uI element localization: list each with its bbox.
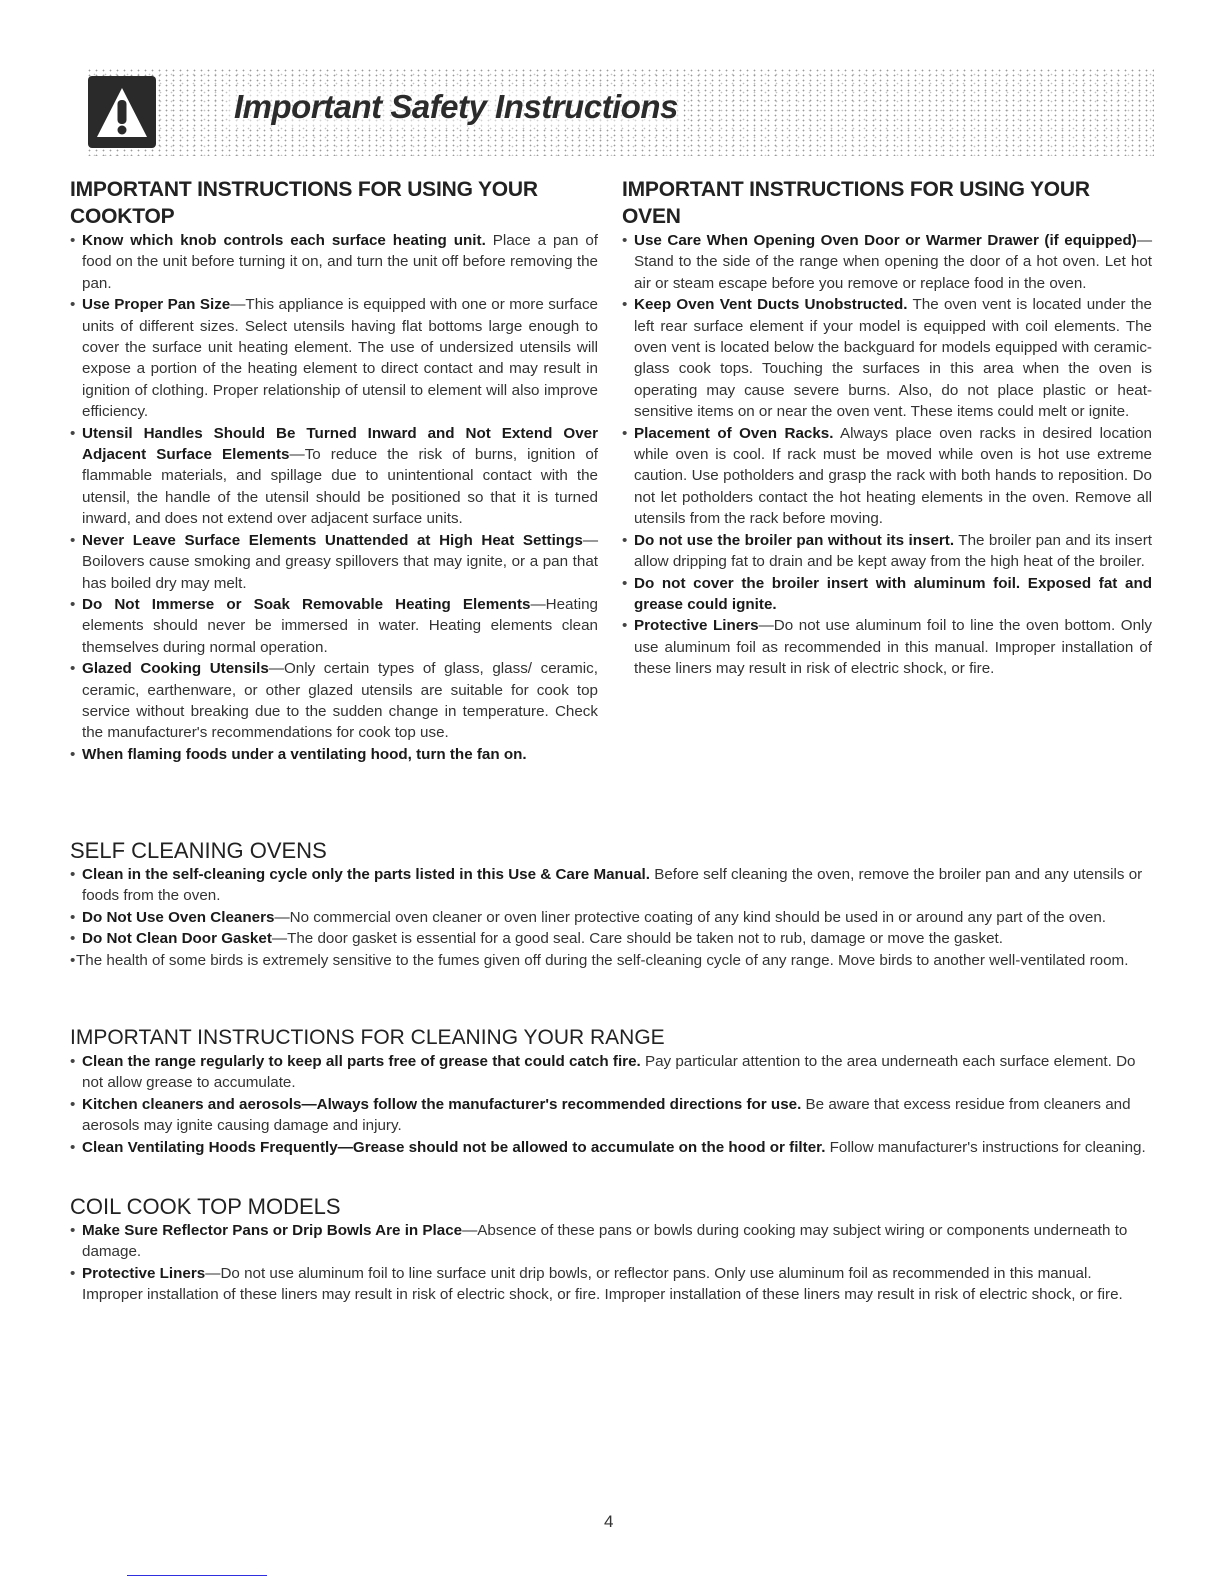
item-text: The health of some birds is extremely se… [76, 952, 1128, 969]
item-title: Do Not Clean Door Gasket [82, 930, 272, 947]
self-cleaning-section: SELF CLEANING OVENS Clean in the self-cl… [70, 838, 1152, 971]
footer-link-underline [127, 1575, 267, 1576]
oven-list: Use Care When Opening Oven Door or Warme… [622, 230, 1152, 680]
item-title: Never Leave Surface Elements Unattended … [82, 532, 583, 549]
item-title: Know which knob controls each surface he… [82, 232, 486, 249]
item-title: Do Not Use Oven Cleaners [82, 909, 274, 926]
list-item: Placement of Oven Racks. Always place ov… [622, 423, 1152, 530]
item-text: —Do not use aluminum foil to line surfac… [82, 1265, 1123, 1303]
list-item: Do not use the broiler pan without its i… [622, 530, 1152, 573]
cooktop-section: IMPORTANT INSTRUCTIONS FOR USING YOUR CO… [70, 176, 598, 765]
list-item: Keep Oven Vent Ducts Unobstructed. The o… [622, 294, 1152, 422]
list-item: Glazed Cooking Utensils—Only certain typ… [70, 658, 598, 744]
item-title: Use Care When Opening Oven Door or Warme… [634, 232, 1137, 249]
cleaning-range-section: IMPORTANT INSTRUCTIONS FOR CLEANING YOUR… [70, 1025, 1152, 1158]
list-item: Use Care When Opening Oven Door or Warme… [622, 230, 1152, 294]
page-number: 4 [604, 1512, 613, 1532]
coil-cooktop-heading: COIL COOK TOP MODELS [70, 1194, 1152, 1220]
item-title: Do not cover the broiler insert with alu… [634, 575, 1152, 613]
list-item: Do Not Use Oven Cleaners—No commercial o… [70, 907, 1152, 928]
self-cleaning-heading: SELF CLEANING OVENS [70, 838, 1152, 864]
coil-cooktop-list: Make Sure Reflector Pans or Drip Bowls A… [70, 1220, 1152, 1306]
list-item: When flaming foods under a ventilating h… [70, 744, 598, 765]
list-item: Never Leave Surface Elements Unattended … [70, 530, 598, 594]
item-title: Make Sure Reflector Pans or Drip Bowls A… [82, 1222, 462, 1239]
item-title: Do not use the broiler pan without its i… [634, 532, 954, 549]
list-item: Know which knob controls each surface he… [70, 230, 598, 294]
item-text: Follow manufacturer's instructions for c… [825, 1139, 1145, 1156]
item-title: Keep Oven Vent Ducts Unobstructed. [634, 296, 908, 313]
list-item: Do Not Clean Door Gasket—The door gasket… [70, 928, 1152, 949]
list-item: Do not cover the broiler insert with alu… [622, 573, 1152, 616]
item-title: Protective Liners [634, 617, 759, 634]
item-text: —No commercial oven cleaner or oven line… [274, 909, 1106, 926]
cleaning-range-list: Clean the range regularly to keep all pa… [70, 1051, 1152, 1158]
list-item: Do Not Immerse or Soak Removable Heating… [70, 594, 598, 658]
item-title: Clean in the self-cleaning cycle only th… [82, 866, 650, 883]
item-title: Kitchen cleaners and aerosols—Always fol… [82, 1096, 801, 1113]
cooktop-heading: IMPORTANT INSTRUCTIONS FOR USING YOUR CO… [70, 176, 598, 230]
list-item: Utensil Handles Should Be Turned Inward … [70, 423, 598, 530]
list-item: Protective Liners—Do not use aluminum fo… [622, 615, 1152, 679]
item-text: —This appliance is equipped with one or … [82, 296, 598, 420]
page-title: Important Safety Instructions [228, 88, 684, 126]
item-title: Protective Liners [82, 1265, 205, 1282]
item-title: When flaming foods under a ventilating h… [82, 746, 527, 763]
self-cleaning-list: Clean in the self-cleaning cycle only th… [70, 864, 1152, 971]
item-title: Placement of Oven Racks. [634, 425, 833, 442]
item-title: Clean the range regularly to keep all pa… [82, 1053, 641, 1070]
item-title: Use Proper Pan Size [82, 296, 230, 313]
list-item: The health of some birds is extremely se… [70, 950, 1152, 971]
item-text: The oven vent is located under the left … [634, 296, 1152, 420]
item-title: Clean Ventilating Hoods Frequently—Greas… [82, 1139, 825, 1156]
list-item: Kitchen cleaners and aerosols—Always fol… [70, 1094, 1152, 1137]
list-item: Clean in the self-cleaning cycle only th… [70, 864, 1152, 907]
item-text: —The door gasket is essential for a good… [272, 930, 1003, 947]
list-item: Clean Ventilating Hoods Frequently—Greas… [70, 1137, 1152, 1158]
item-title: Do Not Immerse or Soak Removable Heating… [82, 596, 530, 613]
list-item: Use Proper Pan Size—This appliance is eq… [70, 294, 598, 422]
list-item: Protective Liners—Do not use aluminum fo… [70, 1263, 1152, 1306]
item-title: Glazed Cooking Utensils [82, 660, 269, 677]
oven-section: IMPORTANT INSTRUCTIONS FOR USING YOUR OV… [622, 176, 1152, 680]
cleaning-range-heading: IMPORTANT INSTRUCTIONS FOR CLEANING YOUR… [70, 1025, 1152, 1051]
list-item: Make Sure Reflector Pans or Drip Bowls A… [70, 1220, 1152, 1263]
oven-heading: IMPORTANT INSTRUCTIONS FOR USING YOUR OV… [622, 176, 1152, 230]
list-item: Clean the range regularly to keep all pa… [70, 1051, 1152, 1094]
cooktop-list: Know which knob controls each surface he… [70, 230, 598, 765]
warning-triangle-icon [88, 76, 156, 148]
coil-cooktop-section: COIL COOK TOP MODELS Make Sure Reflector… [70, 1194, 1152, 1306]
